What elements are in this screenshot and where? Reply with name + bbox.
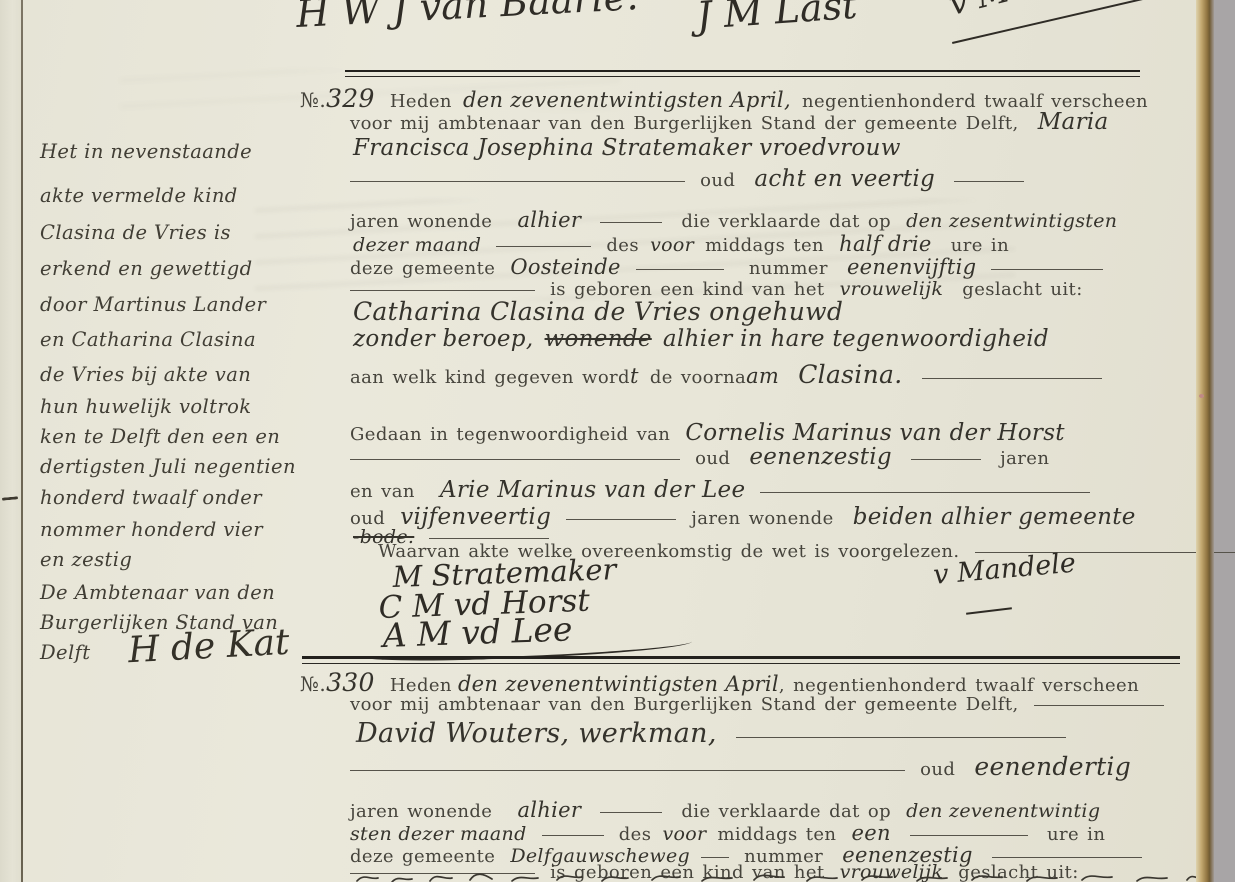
- printed-text: jaren wonende: [691, 508, 833, 529]
- handwritten-birth-time: een: [852, 821, 891, 845]
- handwritten-text: alhier in hare tegenwoordigheid: [663, 326, 1049, 352]
- act-separator-rule: [302, 656, 1180, 664]
- act330-residence-line: jaren wonende alhier die verklaarde dat …: [350, 798, 1100, 822]
- margin-registrar-signature: H de Kat: [127, 622, 290, 671]
- margin-note-line: dertigsten Juli negentien: [40, 455, 296, 478]
- printed-text: oud: [920, 759, 955, 780]
- act329-witness1-age-line: oud eenenzestig jaren: [350, 444, 1049, 470]
- handwritten-street: Oosteinde: [510, 255, 620, 279]
- handwritten-witness-residence: beiden alhier gemeente: [853, 504, 1136, 530]
- fill-rule: [600, 221, 662, 223]
- page-right-edge: [1196, 0, 1214, 882]
- margin-note-line: de Vries bij akte van: [40, 363, 251, 386]
- margin-note-line: ken te Delft den een en: [40, 425, 280, 448]
- printed-text: voor mij ambtenaar van den Burgerlijken …: [350, 113, 1019, 134]
- act330-time-line: sten dezer maand des voor middags ten ee…: [350, 821, 1105, 845]
- fill-rule: [991, 268, 1103, 270]
- handwritten-text: zonder beroep,: [353, 326, 533, 352]
- handwritten-struck-word: wonende: [545, 326, 652, 352]
- act-number-value: 330: [326, 668, 375, 697]
- printed-text: , negentienhonderd twaalf verscheen: [779, 675, 1139, 696]
- printed-text: middags ten: [705, 235, 824, 256]
- act330-declarant-line: David Wouters, werkman,: [356, 718, 1066, 749]
- printed-text: Heden: [390, 675, 452, 696]
- handwritten-residence: alhier: [517, 208, 581, 232]
- paper-page: H W J van Baarle. J M Last v Mandele №.3…: [0, 0, 1202, 882]
- act-number-label: №.: [300, 672, 326, 696]
- fill-rule: [736, 736, 1066, 738]
- margin-note-line: en Catharina Clasina: [40, 328, 256, 351]
- printed-text: de voorna: [650, 367, 746, 388]
- previous-act-signature: J M Last: [695, 0, 859, 38]
- printed-text: jaren wonende: [350, 801, 492, 822]
- margin-note-line: en zestig: [40, 548, 132, 571]
- fill-rule: [911, 458, 981, 460]
- handwritten-birth-day: den zesentwintigsten: [906, 210, 1117, 232]
- handwritten-declarant-name: David Wouters, werkman,: [356, 718, 717, 749]
- page-left-margin-strip: [0, 0, 21, 882]
- printed-text: jaren: [1000, 448, 1049, 469]
- act329-residence-line: jaren wonende alhier die verklaarde dat …: [350, 208, 1117, 232]
- printed-text: des: [606, 235, 639, 256]
- printed-text: aan welk kind gegeven word: [350, 367, 630, 388]
- act-separator-rule: [345, 70, 1140, 77]
- handwritten-age: acht en veertig: [754, 166, 935, 192]
- handwritten-text: voor: [650, 234, 694, 256]
- act329-naming-line: aan welk kind gegeven wordt de voornaam …: [350, 360, 1102, 389]
- printed-text: geslacht uit:: [962, 279, 1082, 300]
- fill-rule: [496, 245, 591, 247]
- act329-time-line: dezer maand des voor middags ten half dr…: [353, 232, 1009, 256]
- act329-witness-intro-line: Gedaan in tegenwoordigheid van Cornelis …: [350, 420, 1065, 446]
- handwritten-birth-time: half drie: [839, 232, 932, 256]
- act329-age-line: oud acht en veertig: [350, 166, 1024, 192]
- fill-rule: [542, 834, 604, 836]
- fill-rule: [350, 289, 535, 291]
- act329-officer-line: voor mij ambtenaar van den Burgerlijken …: [350, 109, 1109, 135]
- handwritten-birth-day: dezer maand: [353, 234, 481, 256]
- printed-text: ure in: [1047, 824, 1105, 845]
- margin-note-line: nommer honderd vier: [40, 518, 263, 541]
- act-number-label: №.: [300, 88, 326, 112]
- handwritten-witness1-name: Cornelis Marinus van der Horst: [685, 420, 1064, 446]
- fill-rule: [636, 268, 724, 270]
- printed-text: voor mij ambtenaar van den Burgerlijken …: [350, 694, 1019, 715]
- fill-rule: [922, 377, 1102, 379]
- margin-note-line: De Ambtenaar van den: [40, 581, 275, 604]
- fill-rule: [429, 537, 549, 539]
- handwritten-birth-day: den zevenentwintig: [906, 800, 1100, 822]
- binding-fold-line: [21, 0, 23, 882]
- fill-rule: [1034, 704, 1164, 706]
- fill-rule: [760, 491, 1090, 493]
- printed-text: ure in: [951, 235, 1009, 256]
- fill-rule: [350, 180, 685, 182]
- fill-rule: [910, 834, 1028, 836]
- printed-text: des: [619, 824, 652, 845]
- fill-rule: [600, 811, 662, 813]
- handwritten-declarant-name: Maria: [1038, 109, 1109, 135]
- printed-text: Gedaan in tegenwoordigheid van: [350, 424, 670, 445]
- handwritten-child-name: Clasina.: [798, 360, 902, 389]
- act329-witness2-line: en van Arie Marinus van der Lee: [350, 477, 1090, 503]
- act330-opening-line: №.330 Hedenden zevenentwintigsten April,…: [300, 668, 1139, 697]
- fill-rule: [566, 518, 676, 520]
- act329-address-line: deze gemeente Oosteinde nummer eenenvijf…: [350, 255, 1103, 279]
- act330-age-line: oud eenendertig: [350, 752, 1131, 781]
- clipped-handwriting-strokes: [352, 871, 1202, 882]
- handwritten-date: den zevenentwintigsten April: [458, 672, 779, 696]
- act329-declarant-line: Francisca Josephina Stratemaker vroedvro…: [353, 135, 901, 161]
- margin-note-line: Clasina de Vries is: [40, 221, 231, 244]
- margin-note-line: Het in nevenstaande: [40, 140, 252, 163]
- handwritten-residence: alhier: [517, 798, 581, 822]
- margin-note-line: erkend en gewettigd: [40, 257, 252, 280]
- printed-text: die verklaarde dat op: [681, 801, 891, 822]
- printed-text: nummer: [749, 258, 828, 279]
- act330-officer-line: voor mij ambtenaar van den Burgerlijken …: [350, 694, 1164, 715]
- handwritten-suffix: t: [630, 364, 639, 388]
- fill-rule: [954, 180, 1024, 182]
- fill-rule: [350, 458, 680, 460]
- printed-text: en van: [350, 481, 415, 502]
- paper-speck: [1199, 394, 1204, 398]
- handwritten-birth-day: sten dezer maand: [350, 823, 527, 845]
- margin-note-line: akte vermelde kind: [40, 184, 238, 207]
- margin-note-line: door Martinus Lander: [40, 293, 266, 316]
- handwritten-witness2-name: Arie Marinus van der Lee: [440, 477, 745, 503]
- scanned-register-page: { "colors": { "paper": "#e8e6d9", "scann…: [0, 0, 1235, 882]
- signature-dash: [966, 607, 1012, 615]
- handwritten-mother-name: Catharina Clasina de Vries ongehuwd: [353, 297, 843, 326]
- printed-text: die verklaarde dat op: [681, 211, 891, 232]
- handwritten-witness1-age: eenenzestig: [749, 444, 892, 470]
- handwritten-suffix: am: [746, 364, 779, 388]
- handwritten-text: voor: [662, 823, 706, 845]
- margin-note-line: honderd twaalf onder: [40, 486, 262, 509]
- margin-note-line: Delft: [40, 641, 90, 664]
- act329-mother-line2: zonder beroep, wonende alhier in hare te…: [353, 326, 1049, 352]
- fill-rule: [992, 856, 1142, 858]
- margin-note-line: hun huwelijk voltrok: [40, 395, 251, 418]
- fill-rule: [701, 856, 729, 858]
- printed-text: oud: [695, 448, 730, 469]
- printed-text: middags ten: [717, 824, 836, 845]
- handwritten-age: eenendertig: [974, 752, 1131, 781]
- fill-rule: [350, 769, 905, 771]
- printed-text: deze gemeente: [350, 258, 495, 279]
- previous-act-signature: H W J van Baarle.: [295, 0, 639, 36]
- printed-text: oud: [700, 170, 735, 191]
- handwritten-house-number: eenenvijftig: [847, 255, 976, 279]
- handwritten-gender: vrouwelijk: [840, 278, 944, 300]
- handwritten-declarant-name: Francisca Josephina Stratemaker vroedvro…: [353, 135, 901, 161]
- printed-text: jaren wonende: [350, 211, 492, 232]
- act329-mother-line: Catharina Clasina de Vries ongehuwd: [353, 297, 843, 326]
